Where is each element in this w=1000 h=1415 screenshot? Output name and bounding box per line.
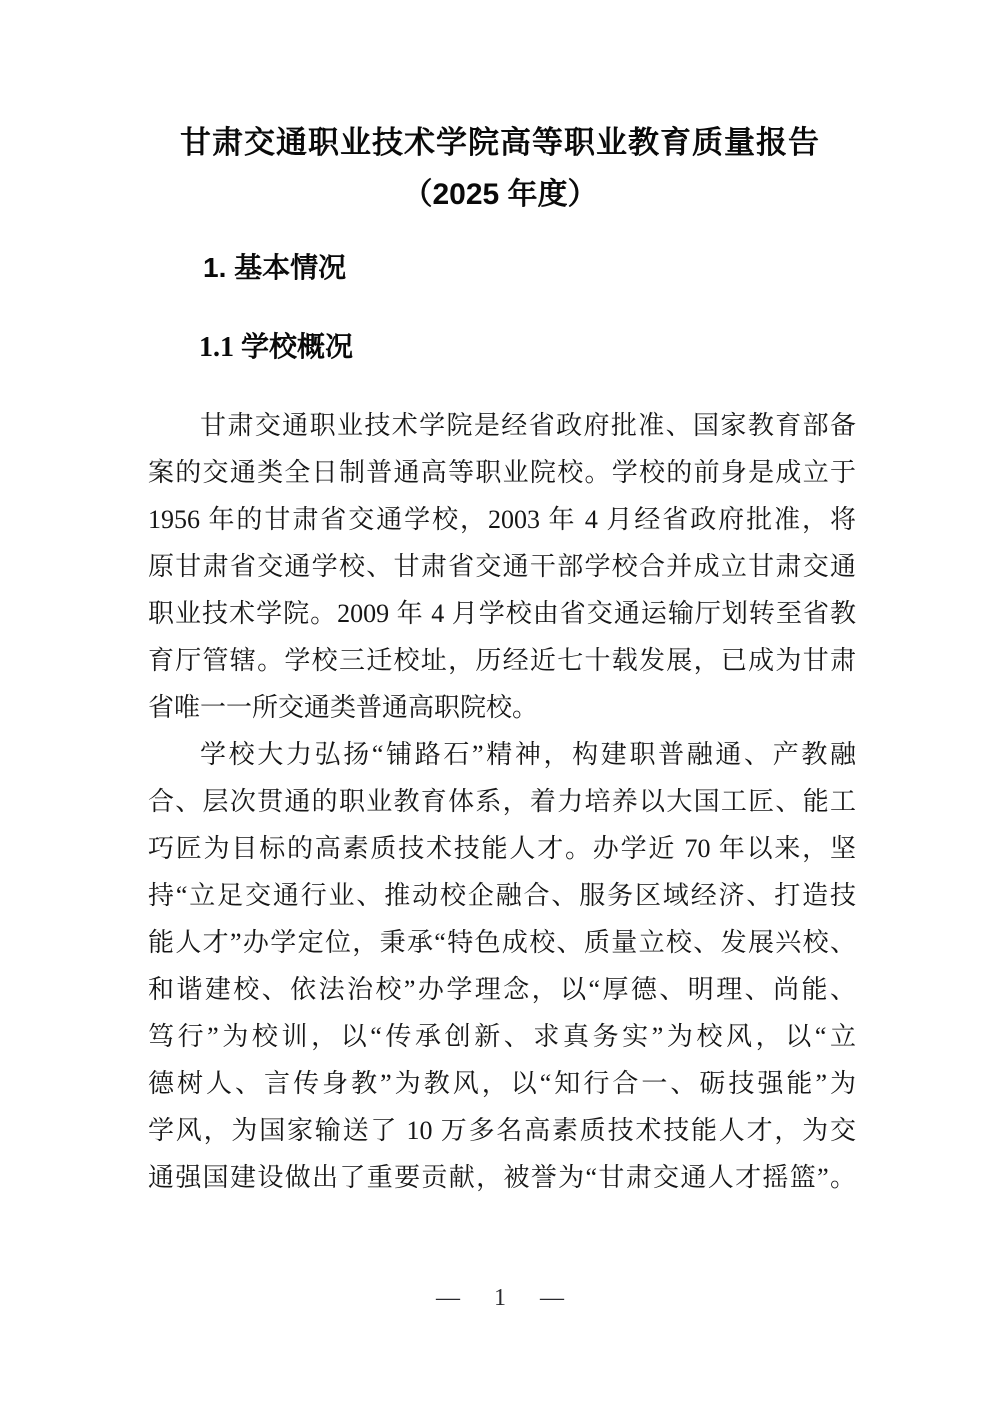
text-line: 能人才”办学定位，秉承“特色成校、质量立校、发展兴校、: [148, 919, 856, 966]
subsection-heading-school-overview: 1.1 学校概况: [199, 330, 353, 366]
text-line: 笃行”为校训，以“传承创新、求真务实”为校风，以“立: [148, 1013, 856, 1060]
document-title: 甘肃交通职业技术学院高等职业教育质量报告: [0, 122, 1000, 164]
text-line: 省唯一一所交通类普通高职院校。: [148, 684, 856, 731]
text-line: 案的交通类全日制普通高等职业院校。学校的前身是成立于: [148, 449, 856, 496]
document-page: 甘肃交通职业技术学院高等职业教育质量报告 （2025 年度） 1. 基本情况 1…: [0, 0, 1000, 1415]
text-line: 育厅管辖。学校三迁校址，历经近七十载发展，已成为甘肃: [148, 637, 856, 684]
document-title-year: （2025 年度）: [0, 175, 1000, 215]
text-line: 通强国建设做出了重要贡献，被誉为“甘肃交通人才摇篮”。: [148, 1154, 856, 1201]
paragraph-school-philosophy: 学校大力弘扬“铺路石”精神，构建职普融通、产教融 合、层次贯通的职业教育体系，着…: [148, 731, 856, 1201]
text-line: 合、层次贯通的职业教育体系，着力培养以大国工匠、能工: [148, 778, 856, 825]
paragraph-school-history: 甘肃交通职业技术学院是经省政府批准、国家教育部备 案的交通类全日制普通高等职业院…: [148, 402, 856, 731]
document-title-block: 甘肃交通职业技术学院高等职业教育质量报告 （2025 年度）: [0, 122, 1000, 215]
text-line: 巧匠为目标的高素质技术技能人才。办学近 70 年以来，坚: [148, 825, 856, 872]
text-line: 原甘肃省交通学校、甘肃省交通干部学校合并成立甘肃交通: [148, 543, 856, 590]
text-line: 1956 年的甘肃省交通学校，2003 年 4 月经省政府批准，将: [148, 496, 856, 543]
text-line: 和谐建校、依法治校”办学理念，以“厚德、明理、尚能、: [148, 966, 856, 1013]
text-line: 学风，为国家输送了 10 万多名高素质技术技能人才，为交: [148, 1107, 856, 1154]
text-line: 德树人、言传身教”为教风，以“知行合一、砺技强能”为: [148, 1060, 856, 1107]
section-heading-basic-info: 1. 基本情况: [203, 250, 346, 286]
text-line: 甘肃交通职业技术学院是经省政府批准、国家教育部备: [148, 402, 856, 449]
page-number: — 1 —: [0, 1282, 1000, 1314]
body-text: 甘肃交通职业技术学院是经省政府批准、国家教育部备 案的交通类全日制普通高等职业院…: [148, 402, 856, 1201]
text-line: 学校大力弘扬“铺路石”精神，构建职普融通、产教融: [148, 731, 856, 778]
text-line: 职业技术学院。2009 年 4 月学校由省交通运输厅划转至省教: [148, 590, 856, 637]
text-line: 持“立足交通行业、推动校企融合、服务区域经济、打造技: [148, 872, 856, 919]
